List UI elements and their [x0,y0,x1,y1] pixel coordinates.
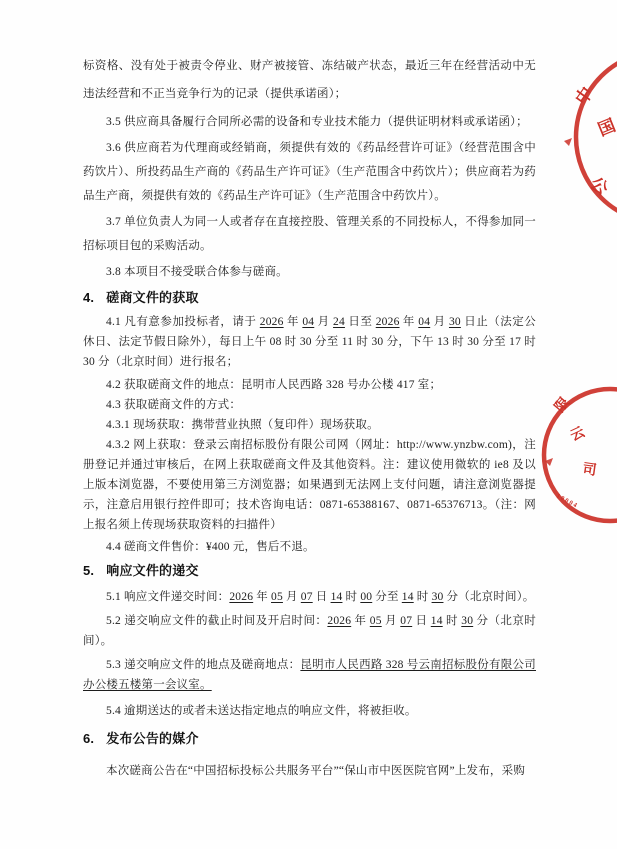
text-run: 月 [430,316,449,328]
underlined-text: 07 [301,591,313,603]
paragraph: 5.3 递交响应文件的地点及磋商地点：昆明市人民西路 328 号云南招标股份有限… [83,655,536,695]
text-run: 3.7 单位负责人为同一人或者存在直接控股、管理关系的不同投标人，不得参加同一招… [83,216,536,252]
official-seal-middle-icon: 限 云 司 10004 [540,385,617,525]
underlined-text: 14 [331,591,343,603]
text-run: 5.3 递交响应文件的地点及磋商地点： [106,659,300,671]
underlined-text: 00 [360,591,372,603]
text-run: 3.5 供应商具备履行合同所必需的设备和专业技术能力（提供证明材料或承诺函）； [106,116,528,128]
document-body: 标资格、没有处于被责令停业、财产被接管、冻结破产状态，最近三年在经营活动中无违法… [83,52,536,781]
underlined-text: 2026 [327,615,351,627]
text-run: 4.2 获取磋商文件的地点：昆明市人民西路 328 号办公楼 417 室； [106,379,441,391]
underlined-text: 14 [402,591,414,603]
heading-title: 响应文件的递交 [106,563,198,578]
seal-serial-number: 10004 [555,493,579,510]
seal-mark [564,138,572,146]
seal-char: 公 [587,174,612,199]
text-run: 年 [400,316,419,328]
paragraph: 4.1 凡有意参加投标者，请于 2026 年 04 月 24 日至 2026 年… [83,312,536,372]
seal-char: 司 [581,460,597,479]
seal-char: 云 [568,424,587,444]
text-run: 4.3 获取磋商文件的方式： [106,399,241,411]
heading-number: 4. [83,290,94,305]
text-run: 时 [342,591,360,603]
underlined-text: 2026 [260,316,284,328]
underlined-text: 05 [370,615,382,627]
heading-number: 5. [83,563,94,578]
paragraph: 标资格、没有处于被责令停业、财产被接管、冻结破产状态，最近三年在经营活动中无违法… [83,52,536,108]
text-run: 5.1 响应文件递交时间： [106,591,229,603]
underlined-text: 05 [271,591,283,603]
text-run: 4.1 凡有意参加投标者，请于 [106,316,260,328]
text-run: 5.2 递交响应文件的截止时间及开启时间： [106,615,327,627]
underlined-text: 30 [432,591,444,603]
text-run: 4.3.2 网上获取：登录云南招标股份有限公司网（网址：http://www.y… [83,439,536,531]
section-heading: 6.发布公告的媒介 [83,729,536,749]
underlined-text: 2026 [229,591,253,603]
text-run: 标资格、没有处于被责令停业、财产被接管、冻结破产状态，最近三年在经营活动中无违法… [83,60,536,100]
paragraph: 5.4 逾期送达的或者未送达指定地点的响应文件，将被拒收。 [83,701,536,721]
text-run: 月 [283,591,301,603]
underlined-text: 04 [302,316,314,328]
paragraph: 3.6 供应商若为代理商或经销商，须提供有效的《药品经营许可证》（经营范围含中药… [83,136,536,208]
paragraph: 4.3 获取磋商文件的方式： [83,395,536,415]
text-run: 5.4 逾期送达的或者未送达指定地点的响应文件，将被拒收。 [106,705,417,717]
text-run: 年 [284,316,303,328]
underlined-text: 30 [449,316,461,328]
text-run: 时 [443,615,462,627]
paragraph: 3.7 单位负责人为同一人或者存在直接控股、管理关系的不同投标人，不得参加同一招… [83,210,536,258]
paragraph: 本次磋商公告在“中国招标投标公共服务平台”“保山市中医医院官网”上发布，采购 [83,761,536,781]
seal-char: 中 [571,83,597,108]
paragraph: 4.3.2 网上获取：登录云南招标股份有限公司网（网址：http://www.y… [83,435,536,535]
section-heading: 5.响应文件的递交 [83,561,536,581]
underlined-text: 30 [461,615,473,627]
underlined-text: 24 [333,316,345,328]
text-run: 日 [412,615,431,627]
text-run: 3.8 本项目不接受联合体参与磋商。 [106,266,288,278]
text-run: 年 [351,615,370,627]
text-run: 分（北京时间）。 [443,591,534,603]
heading-title: 发布公告的媒介 [106,731,198,746]
text-run: 日至 [345,316,376,328]
heading-number: 6. [83,731,94,746]
section-heading: 4.磋商文件的获取 [83,288,536,308]
paragraph: 4.3.1 现场获取：携带营业执照（复印件）现场获取。 [83,415,536,435]
underlined-text: 14 [431,615,443,627]
paragraph: 4.2 获取磋商文件的地点：昆明市人民西路 328 号办公楼 417 室； [83,375,536,395]
official-seal-top-icon: 中 国 公 [560,50,617,230]
heading-title: 磋商文件的获取 [106,290,198,305]
text-run: 本次磋商公告在“中国招标投标公共服务平台”“保山市中医医院官网”上发布，采购 [106,765,525,777]
seal-char: 限 [551,394,573,416]
text-run: 3.6 供应商若为代理商或经销商，须提供有效的《药品经营许可证》（经营范围含中药… [83,142,536,202]
text-run: 月 [382,615,401,627]
paragraph: 3.8 本项目不接受联合体参与磋商。 [83,260,536,284]
text-run: 4.3.1 现场获取：携带营业执照（复印件）现场获取。 [106,419,379,431]
seal-mark [545,458,553,466]
seal-char: 国 [595,116,617,140]
underlined-text: 04 [418,316,430,328]
text-run: 年 [253,591,271,603]
underlined-text: 2026 [376,316,400,328]
text-run: 时 [414,591,432,603]
text-run: 日 [313,591,331,603]
paragraph: 4.4 磋商文件售价：¥400 元，售后不退。 [83,537,536,557]
document-page: { "document": { "language": "zh-CN", "ki… [0,0,617,849]
text-run: 4.4 磋商文件售价：¥400 元，售后不退。 [106,541,315,553]
paragraph: 5.1 响应文件递交时间：2026 年 05 月 07 日 14 时 00 分至… [83,587,536,607]
text-run: 月 [314,316,333,328]
underlined-text: 07 [400,615,412,627]
text-run: 分至 [372,591,402,603]
paragraph: 3.5 供应商具备履行合同所必需的设备和专业技术能力（提供证明材料或承诺函）； [83,110,536,134]
paragraph: 5.2 递交响应文件的截止时间及开启时间：2026 年 05 月 07 日 14… [83,611,536,651]
